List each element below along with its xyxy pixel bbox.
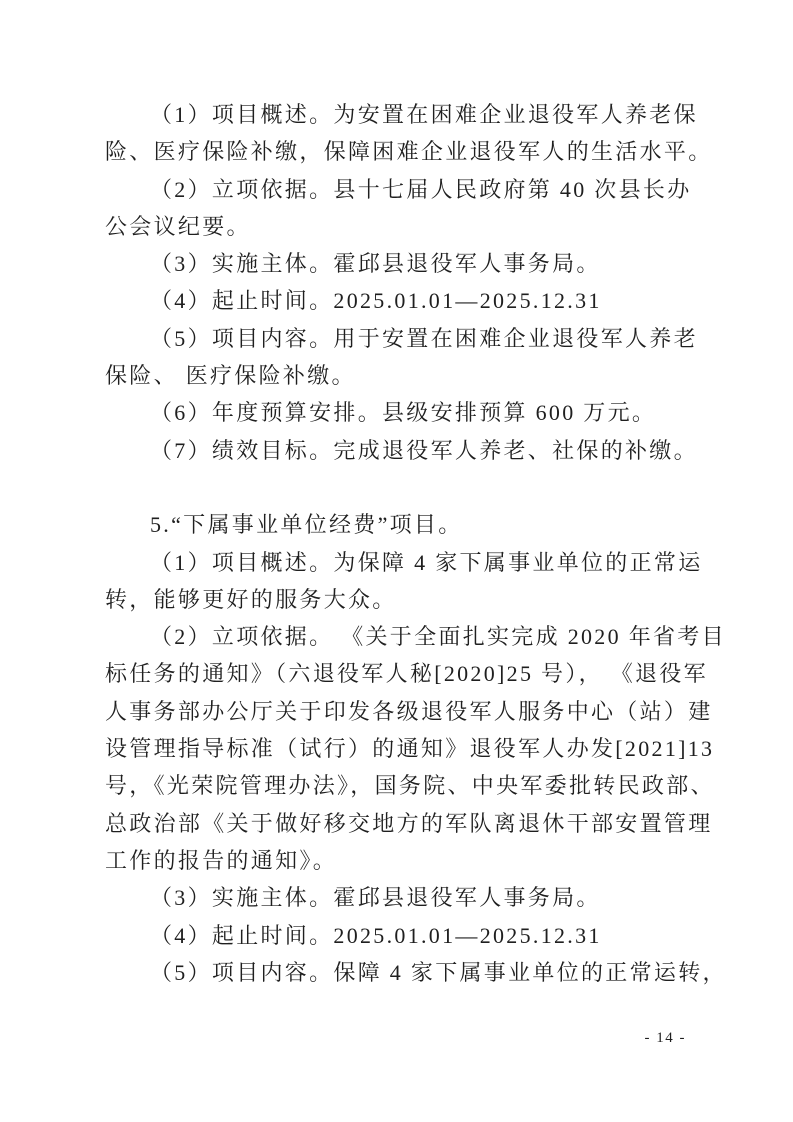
project5-section: 5.“下属事业单位经费”项目。 （1）项目概述。为保障 4 家下属事业单位的正常… bbox=[105, 506, 691, 991]
section-heading: 5.“下属事业单位经费”项目。 bbox=[105, 506, 691, 543]
text-line: 号，《光荣院管理办法》，国务院、中央军委批转民政部、 bbox=[105, 767, 691, 804]
text-line: 总政治部《关于做好移交地方的军队离退休干部安置管理 bbox=[105, 805, 691, 842]
blank-line bbox=[105, 469, 691, 506]
text-line: 标任务的通知》（六退役军人秘[2020]25 号）， 《退役军 bbox=[105, 655, 691, 692]
text-line: （4）起止时间。2025.01.01—2025.12.31 bbox=[105, 282, 691, 319]
text-line: （5）项目内容。用于安置在困难企业退役军人养老 bbox=[105, 320, 691, 357]
document-page: （1）项目概述。为安置在困难企业退役军人养老保 险、医疗保险补缴，保障困难企业退… bbox=[0, 0, 793, 1122]
document-body: （1）项目概述。为安置在困难企业退役军人养老保 险、医疗保险补缴，保障困难企业退… bbox=[105, 96, 691, 991]
text-line: （2）立项依据。 《关于全面扎实完成 2020 年省考目 bbox=[105, 618, 691, 655]
text-line: （4）起止时间。2025.01.01—2025.12.31 bbox=[105, 917, 691, 954]
text-line: （5）项目内容。保障 4 家下属事业单位的正常运转， bbox=[105, 954, 691, 991]
text-line: 保险、 医疗保险补缴。 bbox=[105, 357, 691, 394]
text-line: （2）立项依据。县十七届人民政府第 40 次县长办 bbox=[105, 171, 691, 208]
text-line: （1）项目概述。为安置在困难企业退役军人养老保 bbox=[105, 96, 691, 133]
text-line: 转，能够更好的服务大众。 bbox=[105, 581, 691, 618]
text-line: 工作的报告的通知》。 bbox=[105, 842, 691, 879]
text-line: 险、医疗保险补缴，保障困难企业退役军人的生活水平。 bbox=[105, 133, 691, 170]
text-line: 人事务部办公厅关于印发各级退役军人服务中心（站）建 bbox=[105, 693, 691, 730]
text-line: （6）年度预算安排。县级安排预算 600 万元。 bbox=[105, 394, 691, 431]
text-line: 公会议纪要。 bbox=[105, 208, 691, 245]
text-line: （3）实施主体。霍邱县退役军人事务局。 bbox=[105, 879, 691, 916]
text-line: 设管理指导标准（试行）的通知》退役军人办发[2021]13 bbox=[105, 730, 691, 767]
text-line: （1）项目概述。为保障 4 家下属事业单位的正常运 bbox=[105, 544, 691, 581]
text-line: （7）绩效目标。完成退役军人养老、社保的补缴。 bbox=[105, 432, 691, 469]
page-number: - 14 - bbox=[645, 1030, 687, 1047]
project4-section: （1）项目概述。为安置在困难企业退役军人养老保 险、医疗保险补缴，保障困难企业退… bbox=[105, 96, 691, 469]
text-line: （3）实施主体。霍邱县退役军人事务局。 bbox=[105, 245, 691, 282]
